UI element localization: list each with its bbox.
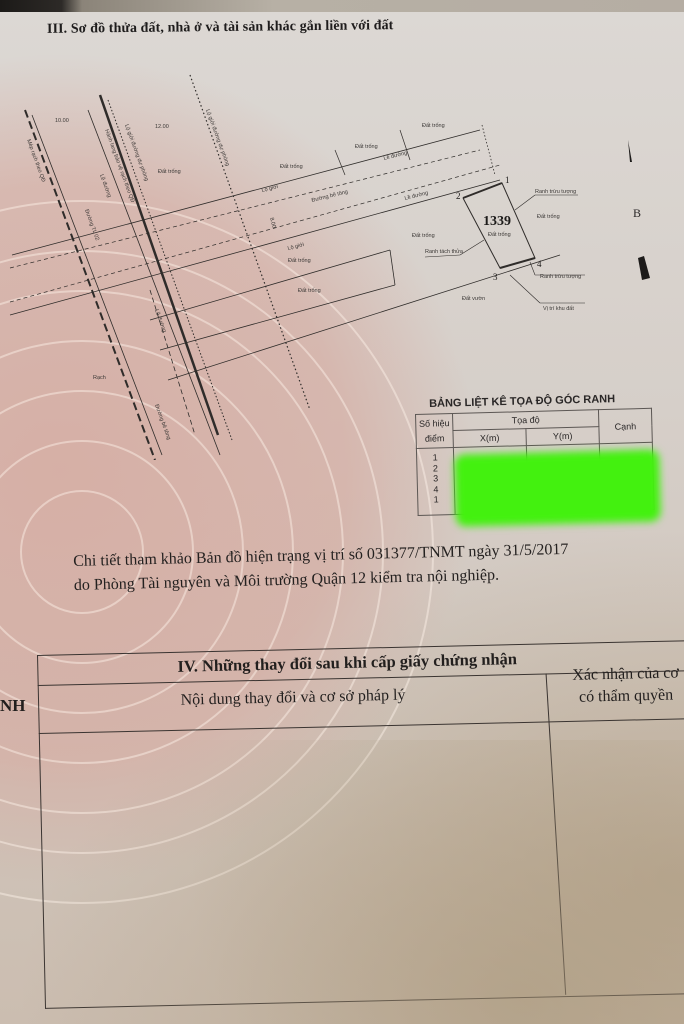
svg-text:4: 4 bbox=[537, 259, 542, 269]
svg-text:Vị trí khu đất: Vị trí khu đất bbox=[543, 306, 574, 312]
svg-text:Lề đường: Lề đường bbox=[153, 309, 167, 334]
svg-text:Đất trống: Đất trống bbox=[280, 164, 303, 170]
svg-text:Lề đường: Lề đường bbox=[383, 150, 408, 162]
redaction-overlay bbox=[454, 449, 661, 526]
svg-text:8.00: 8.00 bbox=[268, 217, 277, 229]
svg-text:Đường bê tông: Đường bê tông bbox=[153, 404, 171, 441]
svg-text:Đất trống: Đất trống bbox=[355, 144, 378, 150]
svg-text:Ranh tách thửa: Ranh tách thửa bbox=[425, 248, 464, 255]
svg-text:1: 1 bbox=[505, 175, 510, 185]
svg-text:B: B bbox=[633, 206, 641, 220]
svg-text:12.00: 12.00 bbox=[155, 124, 169, 130]
svg-text:Lộ giới đường dự phóng: Lộ giới đường dự phóng bbox=[204, 109, 230, 167]
svg-text:Đất trống: Đất trống bbox=[158, 169, 181, 175]
svg-text:3: 3 bbox=[493, 272, 498, 282]
reference-note: Chi tiết tham khảo Bản đồ hiện trạng vị … bbox=[73, 535, 674, 598]
svg-text:Đất trống: Đất trống bbox=[537, 214, 560, 220]
side-text-fragment: NH bbox=[0, 696, 26, 716]
svg-text:Đất trống: Đất trống bbox=[288, 258, 311, 264]
svg-text:Đất trống: Đất trống bbox=[422, 123, 445, 129]
svg-text:2: 2 bbox=[456, 191, 461, 201]
header-y: Y(m) bbox=[526, 427, 599, 446]
svg-text:10.00: 10.00 bbox=[55, 118, 69, 124]
header-edge: Cạnh bbox=[598, 408, 652, 443]
svg-text:Đất trống: Đất trống bbox=[298, 288, 321, 294]
north-arrow: B bbox=[628, 140, 668, 285]
photo-edge-shadow bbox=[0, 0, 684, 12]
svg-text:Lộ giới: Lộ giới bbox=[261, 184, 279, 194]
svg-text:Lộ giới: Lộ giới bbox=[287, 242, 305, 252]
svg-text:Đường TL 02: Đường TL 02 bbox=[83, 209, 100, 242]
column-confirm-header: Xác nhận của cơ có thẩm quyền bbox=[545, 662, 684, 710]
certificate-page: III. Sơ đồ thửa đất, nhà ở và tài sản kh… bbox=[0, 0, 684, 1024]
svg-text:Đất vườn: Đất vườn bbox=[462, 296, 485, 302]
point-list: 1 2 3 4 1 bbox=[416, 448, 455, 516]
svg-text:Lề đường: Lề đường bbox=[404, 190, 429, 202]
section-3-title: III. Sơ đồ thửa đất, nhà ở và tài sản kh… bbox=[47, 18, 394, 38]
svg-text:Ranh trừu tượng: Ranh trừu tượng bbox=[540, 274, 581, 280]
header-point: Số hiệu điểm bbox=[416, 414, 454, 449]
svg-text:Rạch: Rạch bbox=[93, 375, 106, 381]
header-x: X(m) bbox=[453, 429, 526, 448]
svg-text:Lề đường: Lề đường bbox=[98, 174, 112, 199]
changes-table: IV. Những thay đổi sau khi cấp giấy chứn… bbox=[37, 639, 684, 1007]
svg-text:Đất trống: Đất trống bbox=[412, 233, 435, 239]
svg-text:Đất trống: Đất trống bbox=[488, 232, 511, 238]
north-arrow-tail-icon bbox=[638, 256, 650, 280]
svg-text:Ranh trừu tượng: Ranh trừu tượng bbox=[535, 189, 576, 195]
north-arrow-head-icon bbox=[628, 140, 632, 162]
parcel-number: 1339 bbox=[483, 214, 511, 229]
